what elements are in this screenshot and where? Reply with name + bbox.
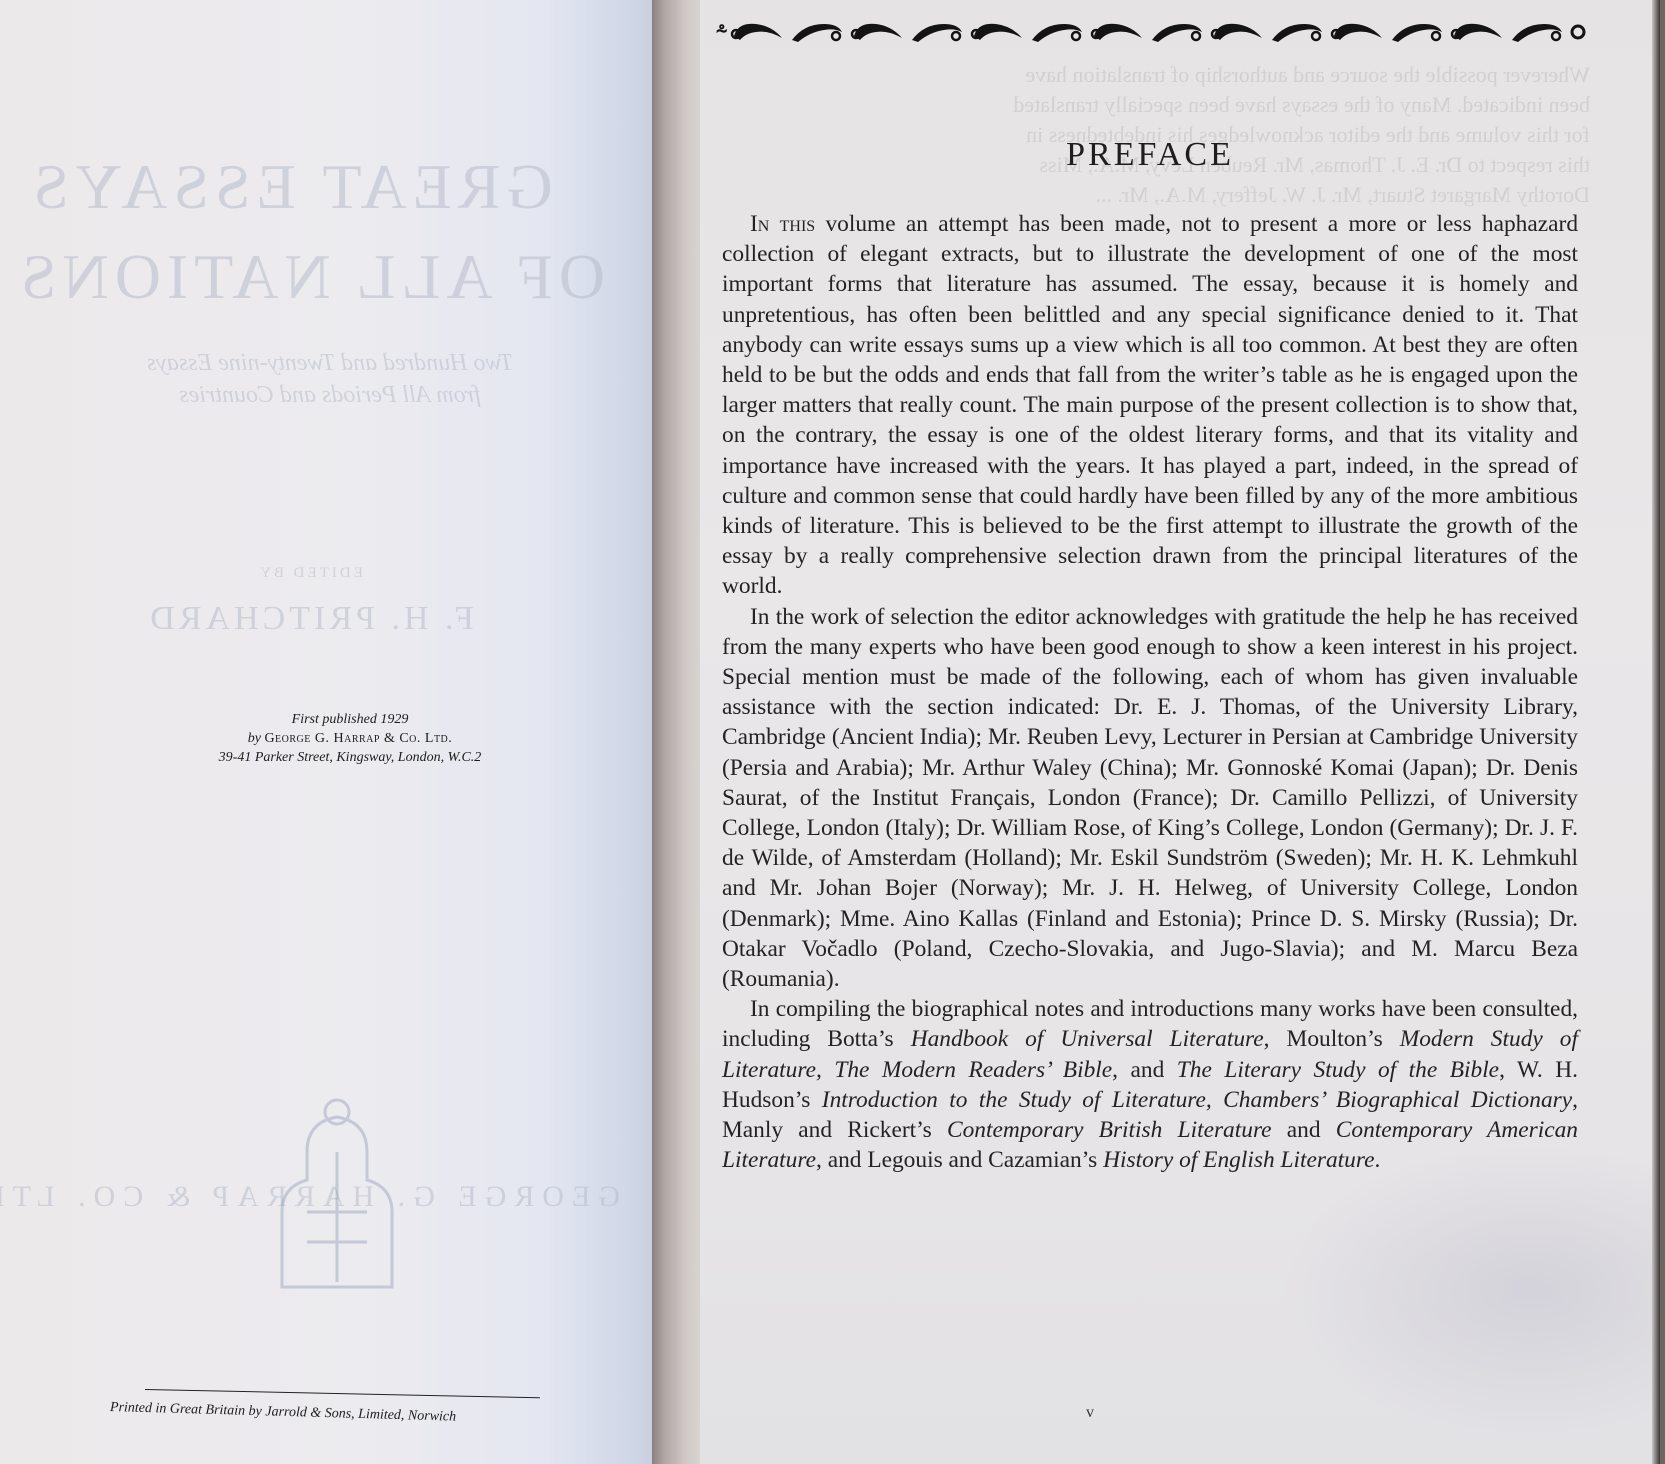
publisher-name: George G. Harrap & Co. Ltd. [264, 731, 452, 746]
page-title: PREFACE [700, 136, 1600, 174]
ornamental-border-icon: ⸛ [716, 18, 1596, 44]
show-through-line: Wherever possible the source and authors… [720, 62, 1590, 88]
paragraph-1-text: volume an attempt has been made, not to … [722, 211, 1578, 599]
book-spread: GREAT ESSAYS OF ALL NATIONS Two Hundred … [0, 0, 1665, 1464]
page-edge [1652, 0, 1660, 1464]
text-segment: . [1375, 1147, 1381, 1173]
show-through-title-line2: OF ALL NATIONS [0, 240, 640, 314]
show-through-editor: F. H. PRITCHARD [0, 600, 640, 638]
first-published-line: First published 1929 [140, 710, 560, 729]
printer-rule [145, 1389, 540, 1398]
publisher-prefix: by [248, 731, 261, 746]
page-number: v [700, 1404, 1480, 1422]
text-segment: , and [1112, 1057, 1177, 1083]
page-shadow [1280, 1140, 1660, 1440]
publisher-line: by George G. Harrap & Co. Ltd. [140, 729, 560, 748]
svg-text:⸛: ⸛ [716, 21, 727, 43]
text-segment: , and Legouis and Cazamian’s [816, 1147, 1103, 1173]
show-through-line: been indicated. Many of the essays have … [720, 92, 1590, 118]
book-title: Handbook of Universal Literature [911, 1026, 1264, 1052]
printer-line: Printed in Great Britain by Jarrold & So… [110, 1400, 580, 1429]
show-through-line: Dorothy Margaret Stuart, Mr. J. W. Jeffe… [720, 182, 1590, 208]
paragraph-2: In the work of selection the editor ackn… [722, 602, 1578, 995]
preface-body: In this volume an attempt has been made,… [722, 209, 1578, 1176]
paragraph-1: In this volume an attempt has been made,… [722, 209, 1578, 602]
paragraph-3: In compiling the biographical notes and … [722, 994, 1578, 1175]
publisher-address: 39-41 Parker Street, Kingsway, London, W… [140, 748, 560, 767]
show-through-subtitle-line1: Two Hundred and Twenty-nine Essays [0, 350, 660, 377]
lead-small-caps: In this [750, 211, 815, 237]
text-segment: and [1272, 1117, 1336, 1143]
book-title: Contemporary British Literature [947, 1117, 1272, 1143]
publisher-emblem-icon [262, 1092, 412, 1292]
book-title: The Literary Study of the Bible [1177, 1057, 1499, 1083]
show-through-title-line1: GREAT ESSAYS [0, 150, 620, 224]
show-through-subtitle-line2: from All Periods and Countries [0, 382, 660, 409]
imprint-block: First published 1929 by George G. Harrap… [140, 710, 560, 767]
text-segment: , Moulton’s [1264, 1026, 1400, 1052]
show-through-edited-by: EDITED BY [0, 565, 640, 582]
left-page: GREAT ESSAYS OF ALL NATIONS Two Hundred … [0, 0, 660, 1464]
right-page: ⸛ Wherever possible the source and autho… [700, 0, 1660, 1464]
book-title: History of English Literature [1103, 1147, 1374, 1173]
book-title: Introduction to the Study of Literature,… [822, 1087, 1572, 1113]
